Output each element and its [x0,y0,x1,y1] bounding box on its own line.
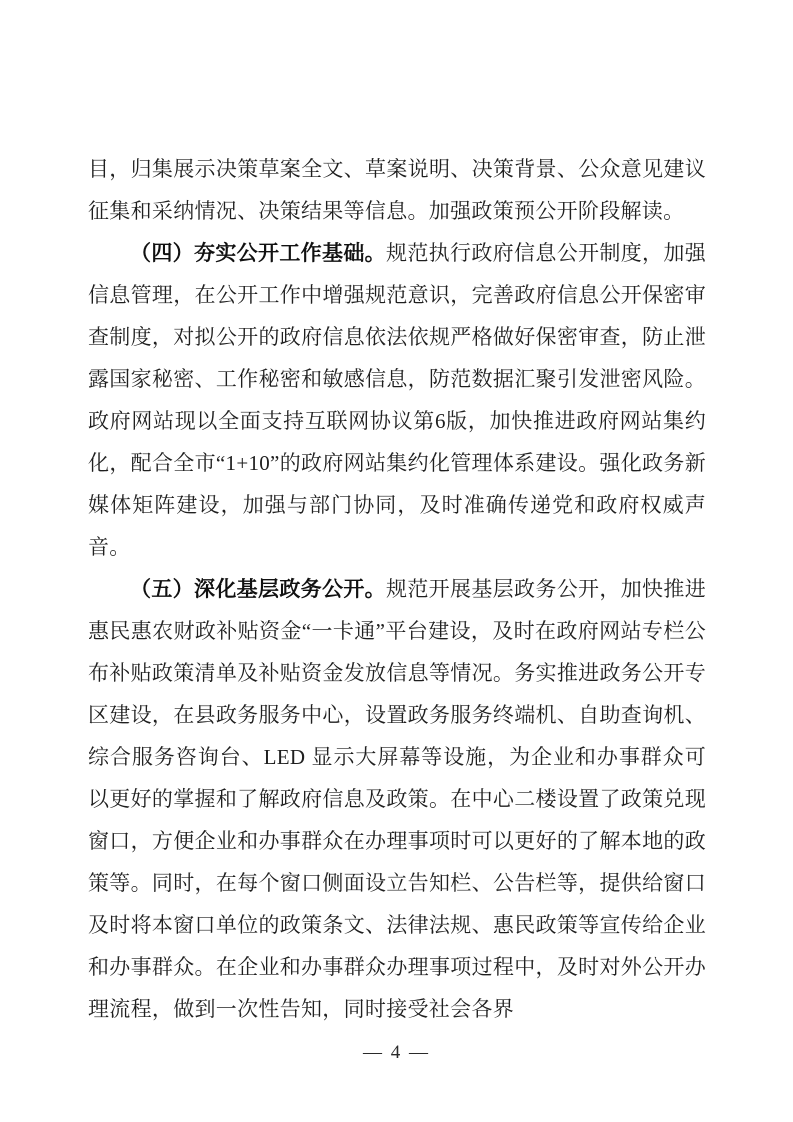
section-body-5: 规范开展基层政务公开，加快推进惠民惠农财政补贴资金“一卡通”平台建设，及时在政府… [88,577,706,1021]
paragraph-section-4: （四）夯实公开工作基础。规范执行政府信息公开制度，加强信息管理，在公开工作中增强… [88,232,706,568]
section-body-4: 规范执行政府信息公开制度，加强信息管理，在公开工作中增强规范意识，完善政府信息公… [88,241,706,559]
section-heading-5: （五）深化基层政务公开。 [130,577,386,601]
paragraph-continuation: 目，归集展示决策草案全文、草案说明、决策背景、公众意见建议征集和采纳情况、决策结… [88,148,706,232]
paragraph-continuation-text: 目，归集展示决策草案全文、草案说明、决策背景、公众意见建议征集和采纳情况、决策结… [88,157,706,223]
paragraph-section-5: （五）深化基层政务公开。规范开展基层政务公开，加快推进惠民惠农财政补贴资金“一卡… [88,568,706,1030]
document-body: 目，归集展示决策草案全文、草案说明、决策背景、公众意见建议征集和采纳情况、决策结… [88,148,706,1030]
section-heading-4: （四）夯实公开工作基础。 [130,241,386,265]
page-number: — 4 — [0,1036,793,1070]
document-page: 目，归集展示决策草案全文、草案说明、决策背景、公众意见建议征集和采纳情况、决策结… [0,0,793,1122]
